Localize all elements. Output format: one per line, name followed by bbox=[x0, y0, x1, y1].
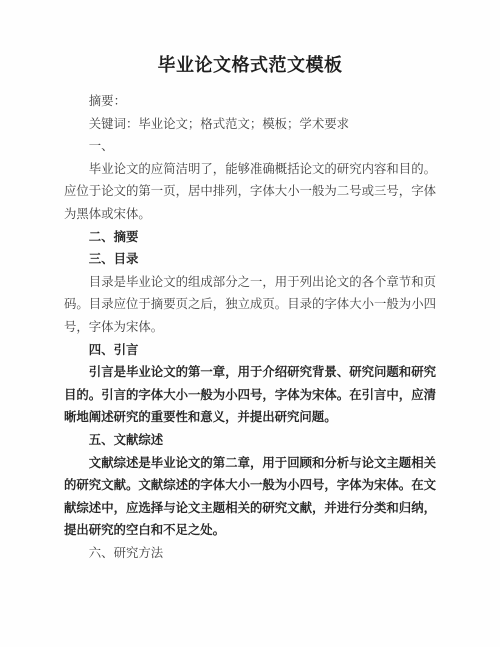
paragraph-literature-review-rules: 文献综述是毕业论文的第二章，用于回顾和分析与论文主题相关的研究文献。文献综述的字… bbox=[64, 452, 436, 542]
paragraph-title-rules: 毕业论文的应简洁明了，能够准确概括论文的研究内容和目的。应位于论文的第一页，居中… bbox=[64, 158, 436, 226]
abstract-label: 摘要： bbox=[64, 90, 436, 113]
section-heading-abstract: 二、摘要 bbox=[64, 226, 436, 249]
document-title: 毕业论文格式范文模板 bbox=[64, 50, 436, 80]
section-heading-introduction: 四、引言 bbox=[64, 339, 436, 362]
document-body: 摘要：关键词：毕业论文；格式范文；模板；学术要求一、毕业论文的应简洁明了，能够准… bbox=[64, 90, 436, 564]
keywords-line: 关键词：毕业论文；格式范文；模板；学术要求 bbox=[64, 113, 436, 136]
section-number-one: 一、 bbox=[64, 135, 436, 158]
section-heading-literature-review: 五、文献综述 bbox=[64, 429, 436, 452]
section-heading-research-methods: 六、研究方法 bbox=[64, 542, 436, 565]
document-page: 毕业论文格式范文模板 摘要：关键词：毕业论文；格式范文；模板；学术要求一、毕业论… bbox=[0, 0, 500, 647]
section-heading-toc: 三、目录 bbox=[64, 248, 436, 271]
paragraph-introduction-rules: 引言是毕业论文的第一章，用于介绍研究背景、研究问题和研究目的。引言的字体大小一般… bbox=[64, 361, 436, 429]
paragraph-toc-rules: 目录是毕业论文的组成部分之一，用于列出论文的各个章节和页码。目录应位于摘要页之后… bbox=[64, 271, 436, 339]
